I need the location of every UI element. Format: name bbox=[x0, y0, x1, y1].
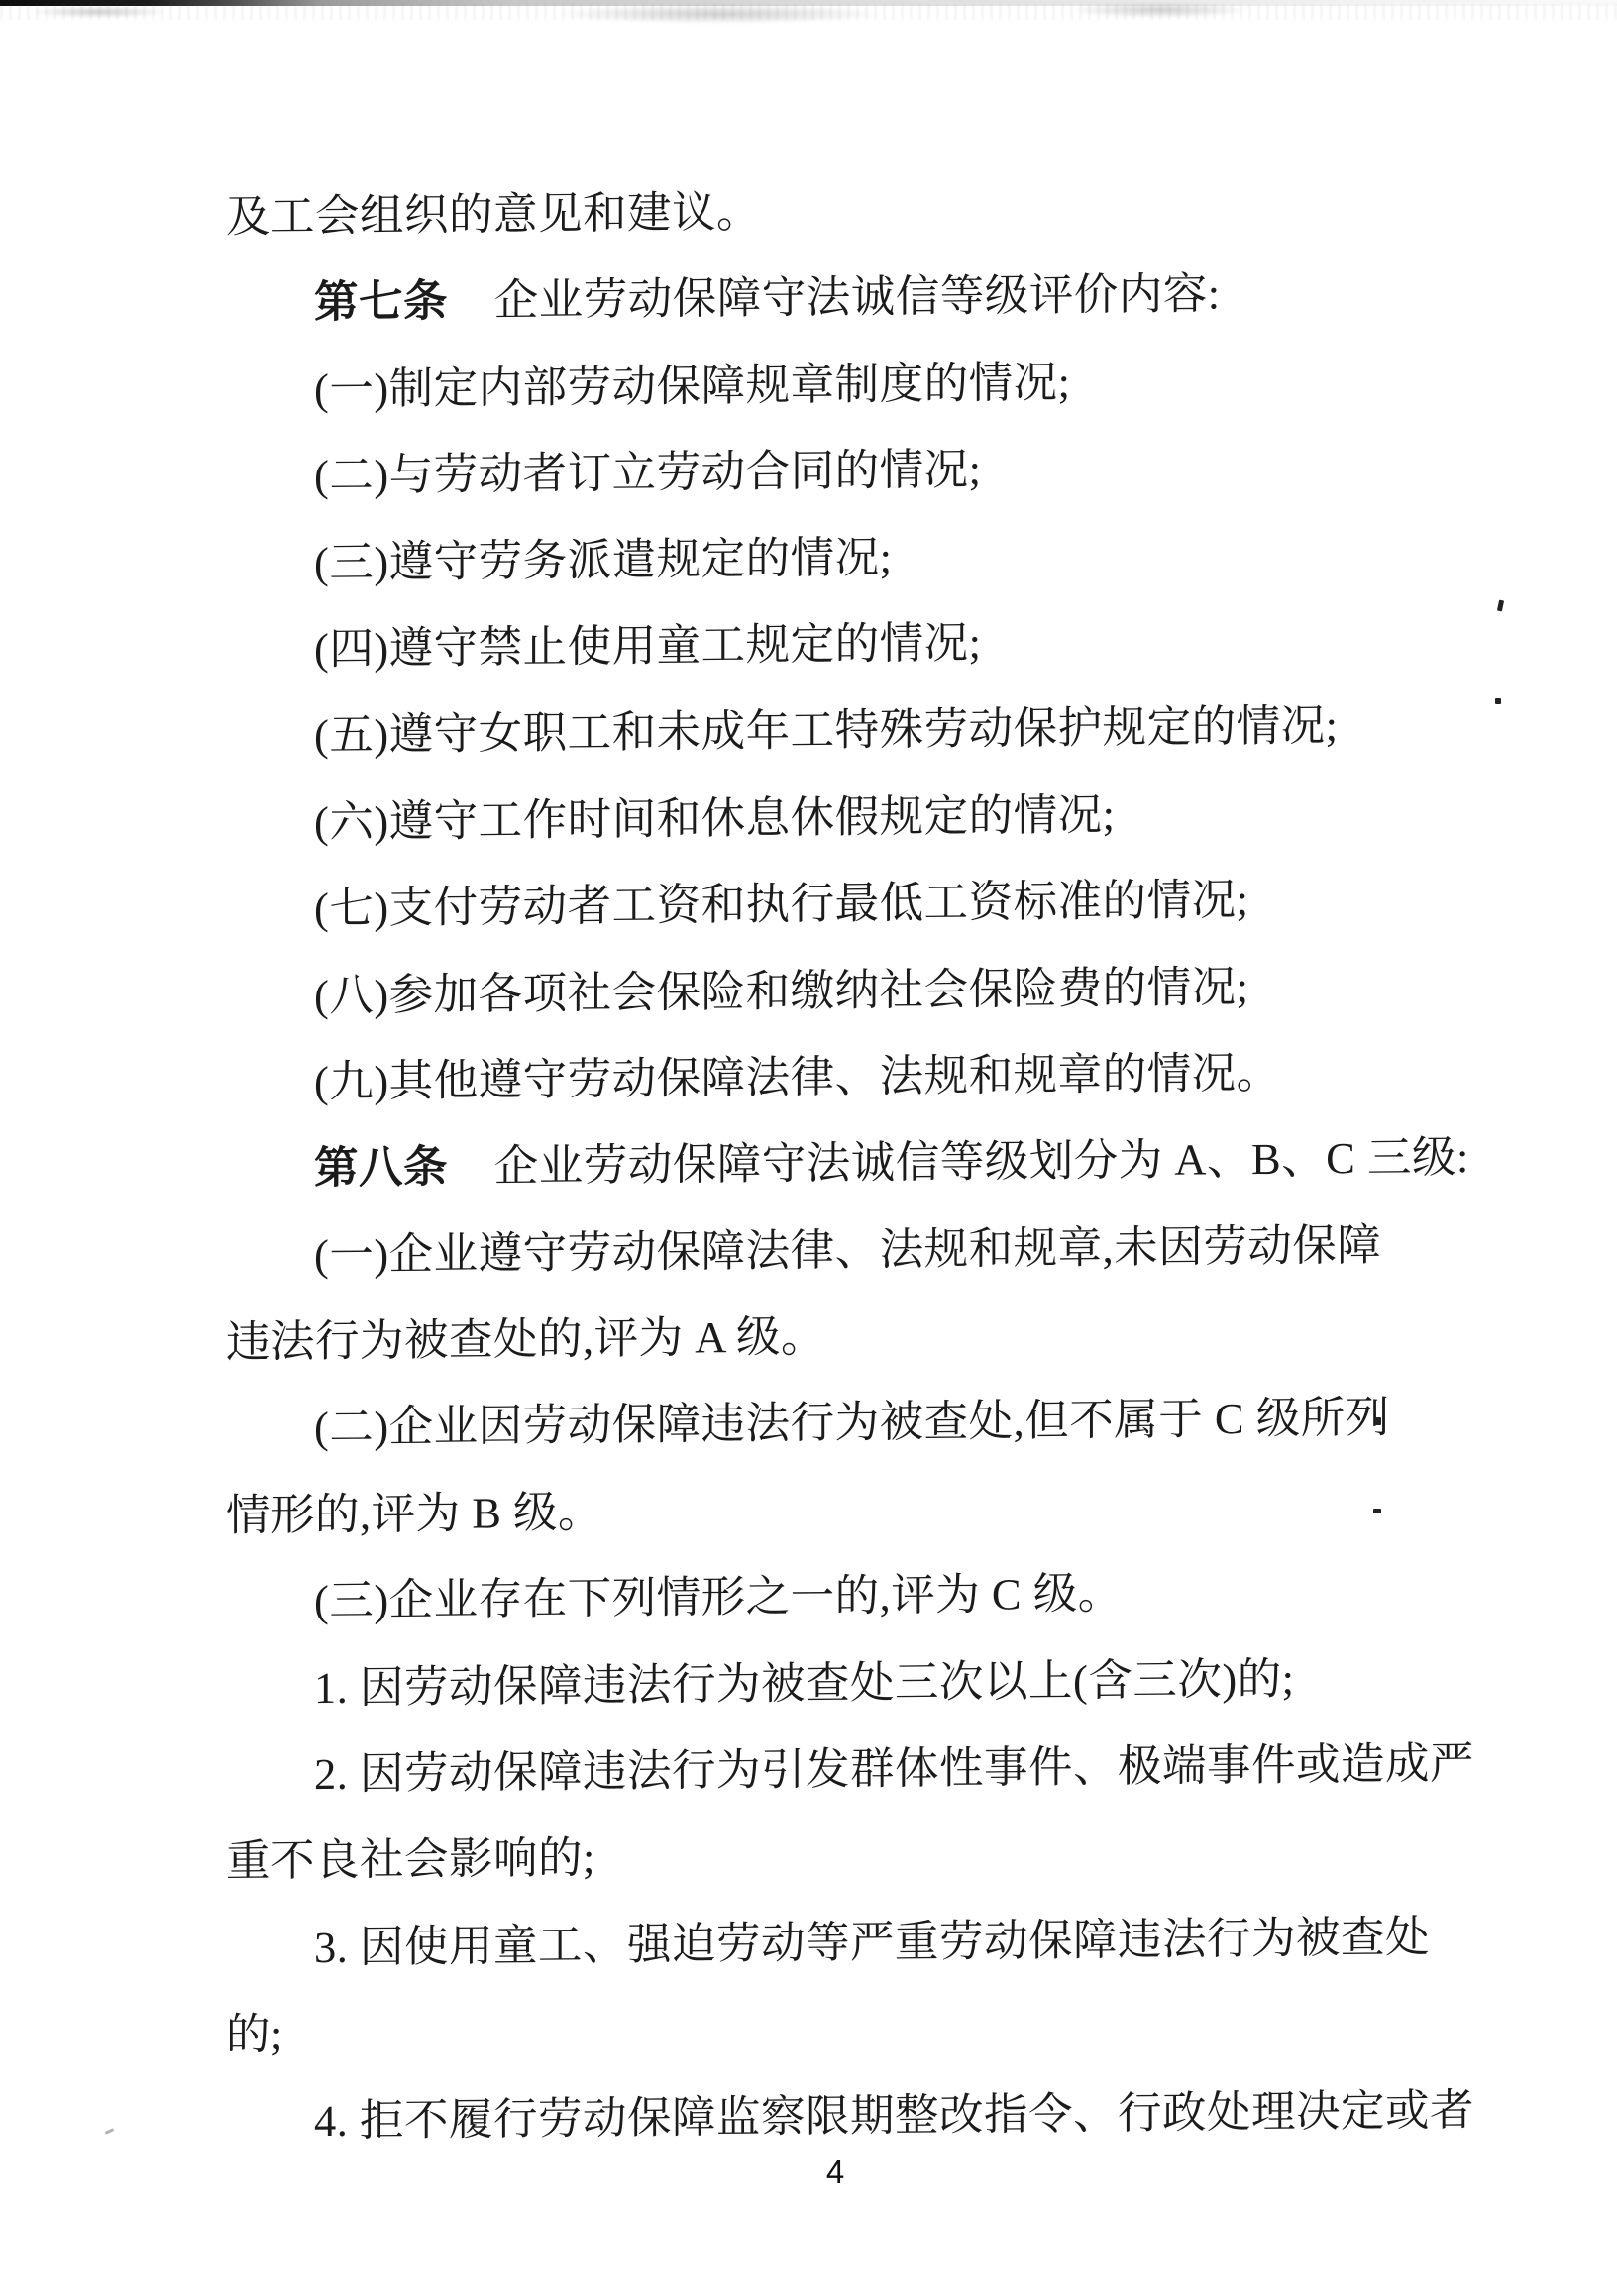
text-line: (二)与劳动者订立劳动合同的情况; bbox=[226, 421, 1573, 520]
text-line: 违法行为被查处的,评为 A 级。 bbox=[226, 1287, 1573, 1386]
line-text: 的; bbox=[226, 2010, 283, 2060]
line-text: 4. 拒不履行劳动保障监察限期整改指令、行政处理决定或者 bbox=[314, 2084, 1474, 2144]
text-line: (八)参加各项社会保险和缴纳社会保险费的情况; bbox=[226, 940, 1573, 1039]
scanned-document-page: { "colors": { "ink": "#1b1b1b", "paper":… bbox=[0, 0, 1617, 2296]
line-text: 企业劳动保障守法诚信等级划分为 A、B、C 三级: bbox=[494, 1132, 1469, 1191]
text-line: 2. 因劳动保障违法行为引发群体性事件、极端事件或造成严 bbox=[226, 1720, 1573, 1819]
text-line: (六)遵守工作时间和休息休假规定的情况; bbox=[226, 768, 1573, 867]
text-line: 1. 因劳动保障违法行为被查处三次以上(含三次)的; bbox=[226, 1633, 1573, 1732]
ink-speck bbox=[1375, 1417, 1381, 1425]
text-line: 及工会组织的意见和建议。 bbox=[226, 161, 1573, 261]
article-heading: 第八条 bbox=[314, 1142, 448, 1193]
line-text: 重不良社会影响的; bbox=[226, 1833, 595, 1887]
line-text: 3. 因使用童工、强迫劳动等严重劳动保障违法行为被查处 bbox=[314, 1912, 1430, 1972]
line-text: 企业劳动保障守法诚信等级评价内容: bbox=[494, 269, 1221, 326]
page-number: 4 bbox=[796, 2153, 875, 2191]
text-line: 3. 因使用童工、强迫劳动等严重劳动保障违法行为被查处 bbox=[226, 1893, 1573, 1992]
line-text: 情形的,评为 B 级。 bbox=[226, 1487, 602, 1540]
line-text: (二)与劳动者订立劳动合同的情况; bbox=[314, 445, 982, 500]
document-text-block: 及工会组织的意见和建议。 第七条企业劳动保障守法诚信等级评价内容: (一)制定内… bbox=[226, 161, 1573, 2165]
text-line: 重不良社会影响的; bbox=[226, 1806, 1573, 1905]
line-text: 1. 因劳动保障违法行为被查处三次以上(含三次)的; bbox=[314, 1653, 1295, 1712]
text-line: 第七条企业劳动保障守法诚信等级评价内容: bbox=[226, 248, 1573, 347]
text-line: (二)企业因劳动保障违法行为被查处,但不属于 C 级所列 bbox=[226, 1373, 1573, 1472]
line-text: (八)参加各项社会保险和缴纳社会保险费的情况; bbox=[314, 962, 1249, 1020]
text-line: 第八条企业劳动保障守法诚信等级划分为 A、B、C 三级: bbox=[226, 1113, 1573, 1212]
ink-speck bbox=[1373, 1509, 1381, 1513]
line-text: (六)遵守工作时间和休息休假规定的情况; bbox=[314, 789, 1116, 847]
text-line: (九)其他遵守劳动保障法律、法规和规章的情况。 bbox=[226, 1027, 1573, 1126]
ink-speck bbox=[1495, 698, 1501, 704]
text-line: 的; bbox=[226, 1979, 1573, 2078]
text-line: (一)企业遵守劳动保障法律、法规和规章,未因劳动保障 bbox=[226, 1200, 1573, 1300]
line-text: (一)制定内部劳动保障规章制度的情况; bbox=[314, 358, 1071, 414]
text-line: 4. 拒不履行劳动保障监察限期整改指令、行政处理决定或者 bbox=[226, 2066, 1573, 2165]
text-line: 情形的,评为 B 级。 bbox=[226, 1460, 1573, 1559]
line-text: (三)企业存在下列情形之一的,评为 C 级。 bbox=[314, 1569, 1123, 1626]
text-line: (五)遵守女职工和未成年工特殊劳动保护规定的情况; bbox=[226, 680, 1573, 780]
text-line: (七)支付劳动者工资和执行最低工资标准的情况; bbox=[226, 854, 1573, 953]
line-text: (四)遵守禁止使用童工规定的情况; bbox=[314, 618, 982, 674]
line-text: (一)企业遵守劳动保障法律、法规和规章,未因劳动保障 bbox=[314, 1219, 1381, 1279]
line-text: 及工会组织的意见和建议。 bbox=[226, 187, 761, 242]
text-line: (一)制定内部劳动保障规章制度的情况; bbox=[226, 335, 1573, 434]
line-text: (七)支付劳动者工资和执行最低工资标准的情况; bbox=[314, 875, 1249, 933]
scan-smudge bbox=[1070, 2, 1248, 18]
ink-speck bbox=[105, 2128, 114, 2135]
line-text: (五)遵守女职工和未成年工特殊劳动保护规定的情况; bbox=[314, 701, 1339, 761]
scan-smudge bbox=[555, 4, 882, 24]
line-text: (二)企业因劳动保障违法行为被查处,但不属于 C 级所列 bbox=[314, 1393, 1390, 1452]
text-line: (四)遵守禁止使用童工规定的情况; bbox=[226, 594, 1573, 693]
article-heading: 第七条 bbox=[314, 276, 448, 327]
text-line: (三)遵守劳务派遣规定的情况; bbox=[226, 508, 1573, 607]
line-text: (九)其他遵守劳动保障法律、法规和规章的情况。 bbox=[314, 1048, 1281, 1106]
scan-smudge bbox=[30, 6, 168, 18]
line-text: 2. 因劳动保障违法行为引发群体性事件、极端事件或造成严 bbox=[314, 1738, 1474, 1799]
line-text: 违法行为被查处的,评为 A 级。 bbox=[226, 1311, 825, 1367]
text-line: (三)企业存在下列情形之一的,评为 C 级。 bbox=[226, 1546, 1573, 1645]
line-text: (三)遵守劳务派遣规定的情况; bbox=[314, 532, 893, 587]
